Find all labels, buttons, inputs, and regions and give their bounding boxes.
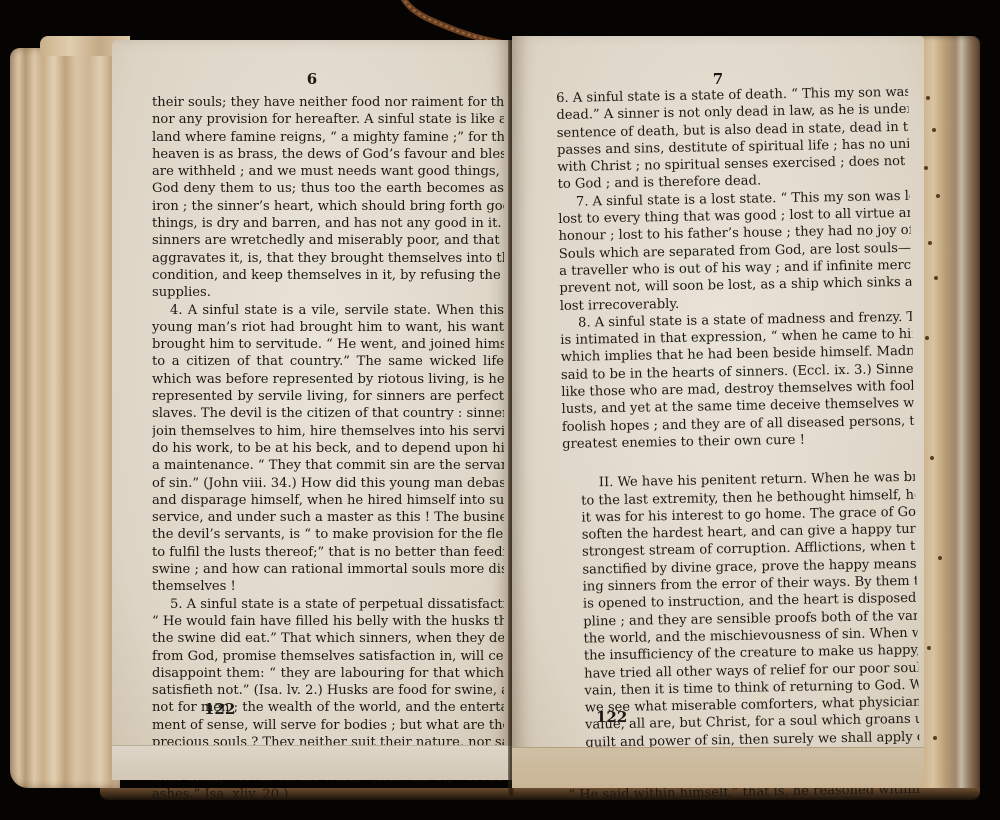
text-line: brought him to servitude. “ He went, and…: [152, 336, 504, 353]
left-page-stack-edges: [10, 48, 120, 788]
right-page-text: 6. A sinful state is a state of death. “…: [556, 84, 920, 804]
text-line: “ He would fain have filled his belly wi…: [152, 613, 504, 630]
text-line: the swine did eat.” That which sinners, …: [152, 630, 504, 647]
text-line: join themselves to him, hire themselves …: [152, 423, 504, 440]
text-line: of sin.” (John viii. 34.) How did this y…: [152, 475, 504, 492]
left-page: 6 their souls; they have neither food no…: [112, 40, 512, 780]
text-line: a maintenance. “ They that commit sin ar…: [152, 457, 504, 474]
text-line: themselves !: [152, 578, 504, 595]
page-bottom-margin: [112, 745, 512, 780]
text-line: which was before represented by riotous …: [152, 371, 504, 388]
text-line: swine ; and how can rational immortal so…: [152, 561, 504, 578]
text-line: iron ; the sinner’s heart, which should …: [152, 198, 504, 215]
text-line: represented by servile living, for sinne…: [152, 388, 504, 405]
text-line: ashes.” Isa. xliv. 20.): [152, 786, 504, 803]
text-line: ment of sense, will serve for bodies ; b…: [152, 717, 504, 734]
text-line: from God, promise themselves satisfactio…: [152, 648, 504, 665]
signature-mark: 122: [596, 708, 627, 726]
text-line: 5. A sinful state is a state of perpetua…: [152, 596, 504, 613]
text-line: slaves. The devil is the citizen of that…: [152, 405, 504, 422]
signature-mark: 122: [204, 700, 235, 718]
left-page-text: their souls; they have neither food nor …: [152, 94, 504, 803]
text-line: satisfieth not.” (Isa. lv. 2.) Husks are…: [152, 682, 504, 699]
text-line: supplies.: [152, 284, 504, 301]
text-line: aggravates it, is, that they brought the…: [152, 250, 504, 267]
text-line: God deny them to us; thus too the earth …: [152, 180, 504, 197]
text-line: land where famine reigns, “ a mighty fam…: [152, 129, 504, 146]
text-line: young man’s riot had brought him to want…: [152, 319, 504, 336]
text-line: are withheld ; and we must needs want go…: [152, 163, 504, 180]
text-line: their souls; they have neither food nor …: [152, 94, 504, 111]
right-page: 7 6. A sinful state is a state of death.…: [512, 36, 924, 788]
page-bottom-margin: [512, 747, 924, 788]
paragraph: 8. A sinful state is a state of madness …: [560, 309, 914, 453]
text-line: heaven is as brass, the dews of God’s fa…: [152, 146, 504, 163]
paragraph: 6. A sinful state is a state of death. “…: [556, 84, 910, 194]
text-line: disappoint them: “ they are labouring fo…: [152, 665, 504, 682]
page-number: 6: [112, 70, 512, 88]
text-line: the devil’s servants, is “ to make provi…: [152, 526, 504, 543]
text-line: nor any provision for hereafter. A sinfu…: [152, 111, 504, 128]
paragraph: 7. A sinful state is a lost state. “ Thi…: [558, 188, 912, 315]
paragraph: their souls; they have neither food nor …: [152, 94, 504, 302]
text-line: things, is dry and barren, and has not a…: [152, 215, 504, 232]
paragraph: 4. A sinful state is a vile, servile sta…: [152, 302, 504, 596]
text-line: sinners are wretchedly and miserably poo…: [152, 232, 504, 249]
text-line: to a citizen of that country.” The same …: [152, 353, 504, 370]
right-page-stack-edges: [918, 36, 980, 796]
text-line: do his work, to be at his beck, and to d…: [152, 440, 504, 457]
text-line: condition, and keep themselves in it, by…: [152, 267, 504, 284]
text-line: 4. A sinful state is a vile, servile sta…: [152, 302, 504, 319]
text-line: service, and under such a master as this…: [152, 509, 504, 526]
text-line: to fulfil the lusts thereof;” that is no…: [152, 544, 504, 561]
text-line: and disparage himself, when he hired him…: [152, 492, 504, 509]
